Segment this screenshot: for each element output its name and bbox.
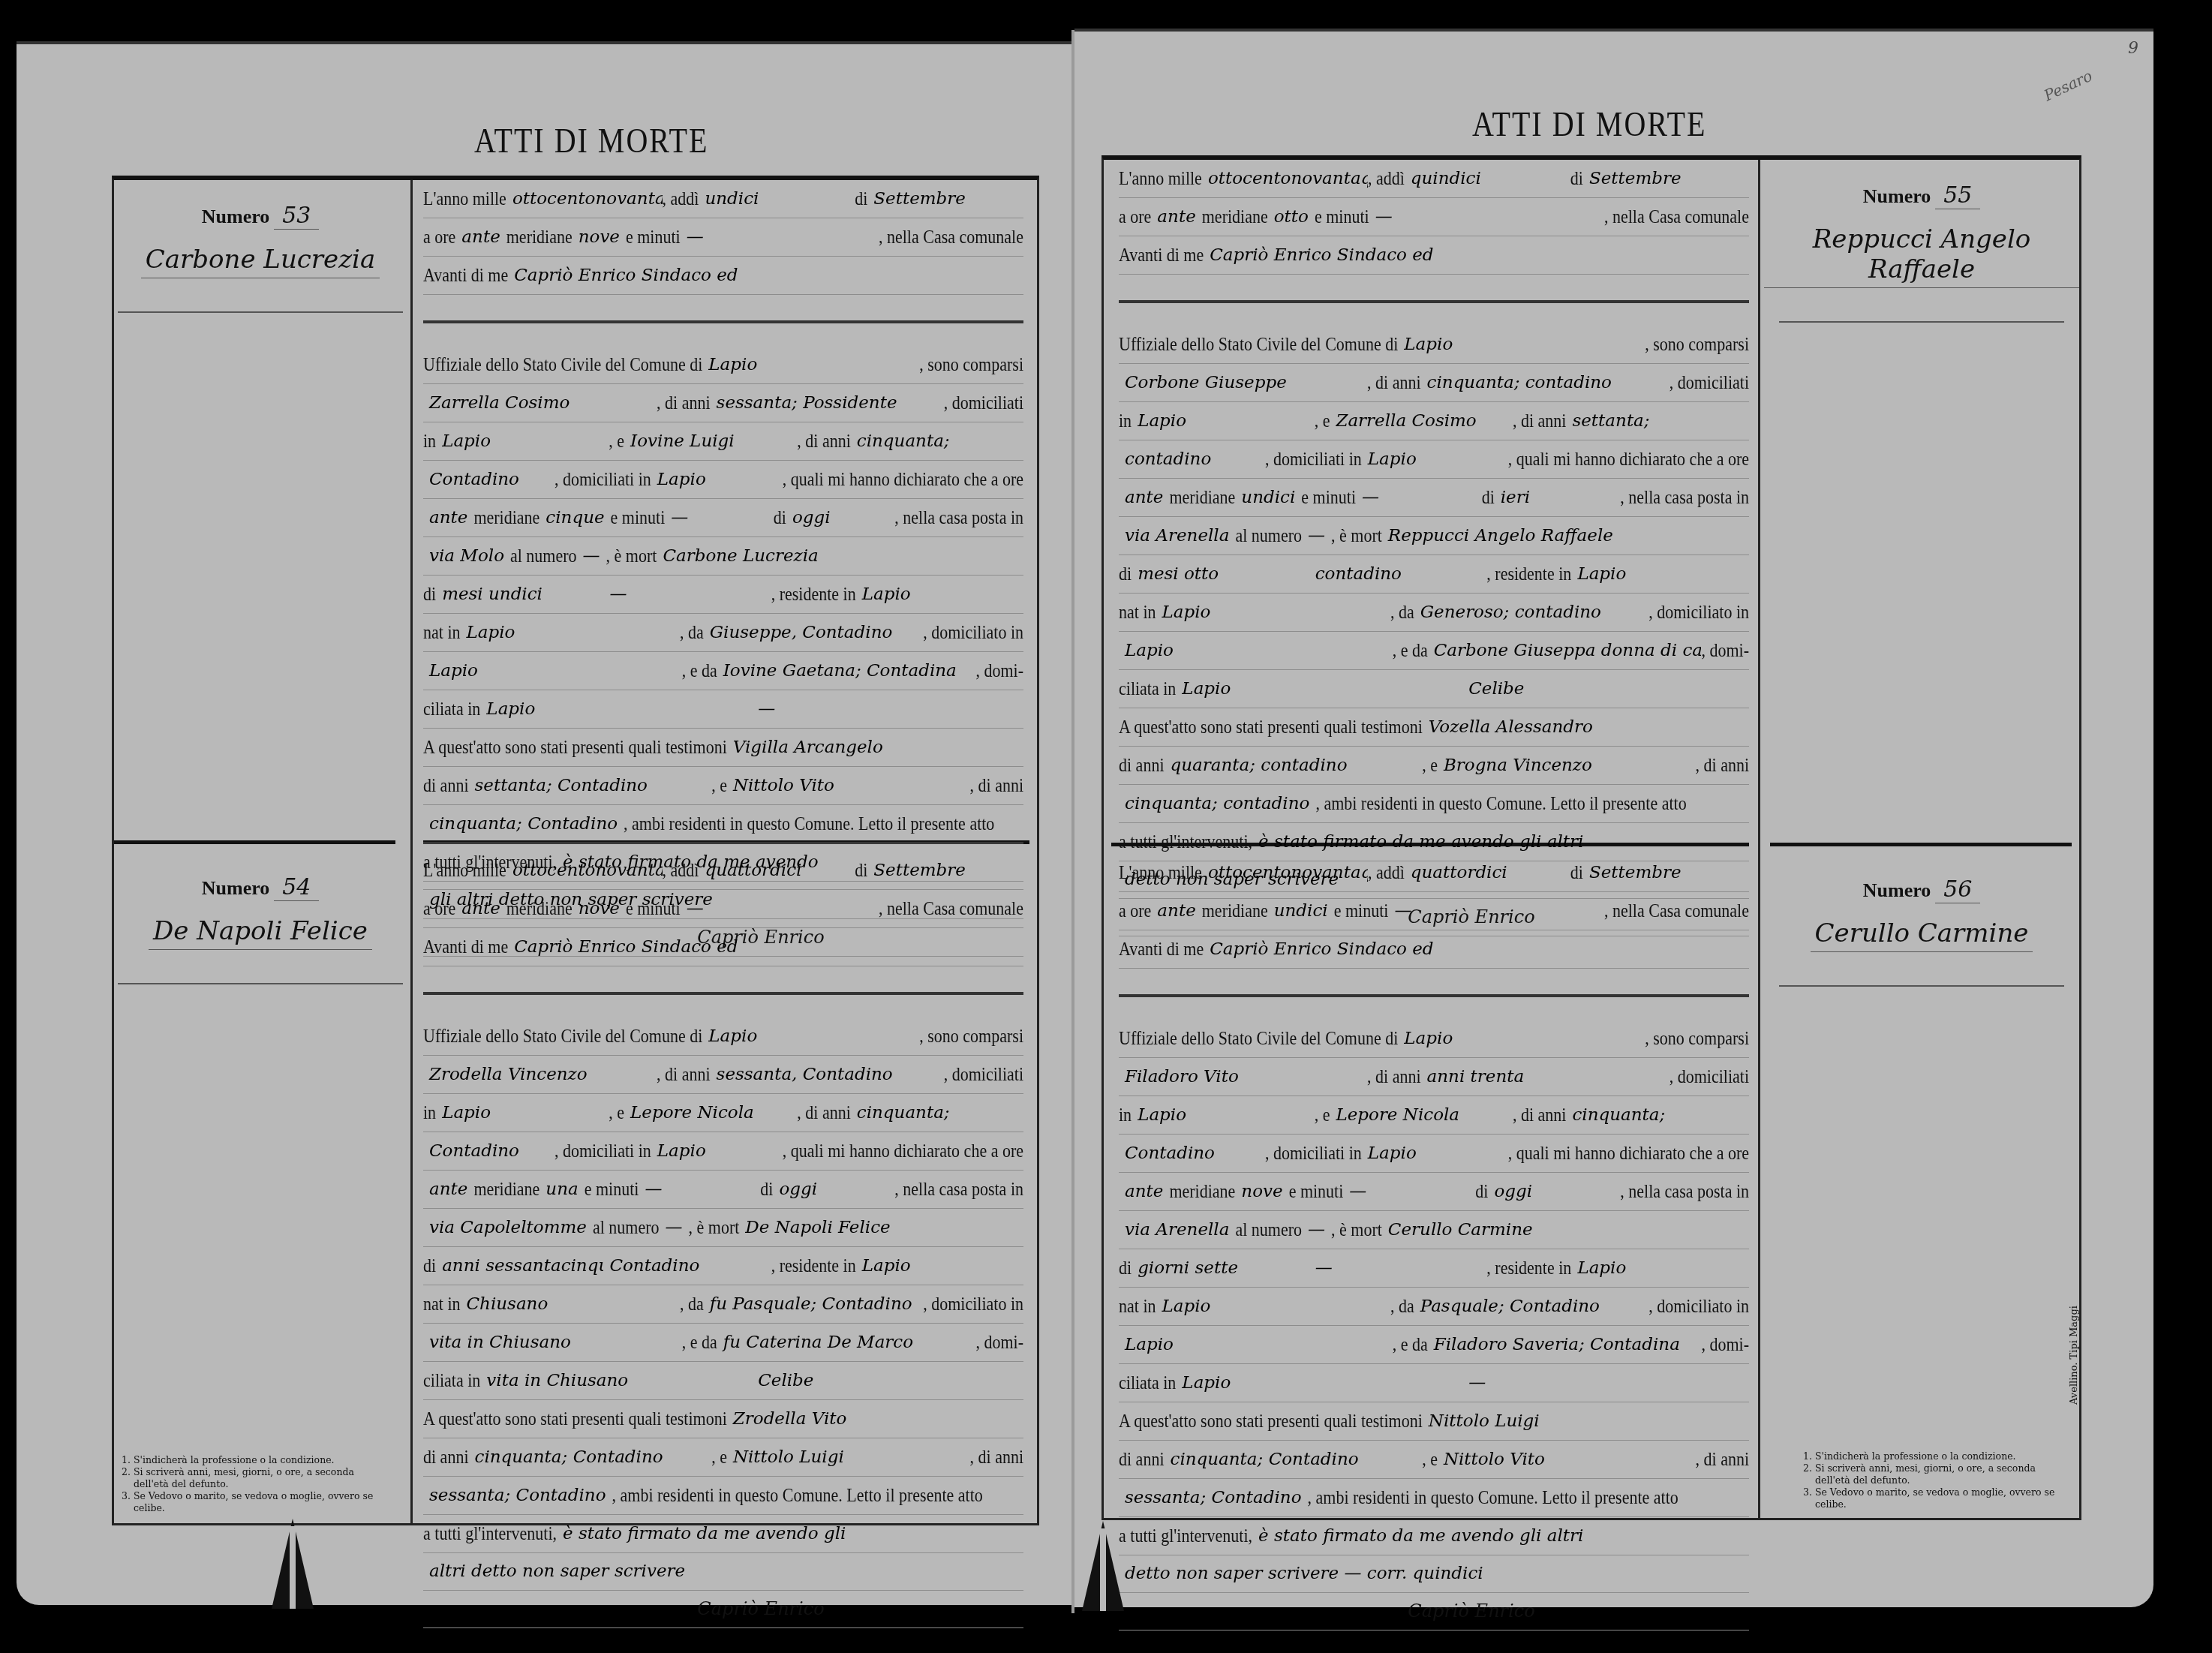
page-title-left: ATTI DI MORTE <box>474 120 708 161</box>
footnotes-left: 1. S'indicherà la professione o la condi… <box>122 1454 377 1514</box>
register-frame-right: L'anno milleottocentonovantaquattro, add… <box>1101 155 2081 1520</box>
year-field: ottocentonovantaquattro <box>506 181 663 218</box>
record-margin-53: Numero53 Carbone Lucrezia <box>114 203 407 313</box>
year-field: ottocentonovantaquattro <box>1202 855 1368 891</box>
page-title-right: ATTI DI MORTE <box>1472 104 1706 144</box>
deceased-name: Carbone Lucrezia <box>657 538 1023 575</box>
declarant-1: Filadoro Vito <box>1119 1059 1367 1095</box>
record-separator <box>114 840 395 844</box>
mother-field: Carbone Giuseppa donna di casa <box>1428 633 1702 669</box>
register-frame-left: Numero53 Carbone Lucrezia Numero54 De Na… <box>112 176 1039 1525</box>
folio-number: 9 <box>2128 39 2138 58</box>
divider <box>1779 321 2064 323</box>
signature: Capriò Enrico <box>1119 1593 1749 1630</box>
printer-imprint: Avellino. Tipi Maggi <box>2069 1306 2080 1405</box>
witness-2: Nittolo Luigi <box>727 1439 970 1476</box>
month-field: Settembre <box>867 181 1023 218</box>
officer-field: Capriò Enrico Sindaco ed <box>1204 931 1749 968</box>
year-field: ottocentonovantaquattro <box>1202 161 1368 197</box>
hour-field: otto <box>1268 199 1315 236</box>
record-separator <box>1770 843 2072 846</box>
month-field: Settembre <box>1583 161 1749 197</box>
day-field: quindici <box>1405 161 1570 197</box>
declarant-2: Lepore Nicola <box>624 1095 797 1132</box>
right-page: ATTI DI MORTE 9 Pesaro L'anno milleottoc… <box>1074 29 2153 1607</box>
numero-label: Numero <box>202 877 270 899</box>
officer-field: Capriò Enrico Sindaco ed <box>1204 237 1749 274</box>
hour-field: undici <box>1268 893 1334 930</box>
mother-field: fu Caterina De Marco <box>717 1324 976 1361</box>
deceased-name-margin: Carbone Lucrezia <box>141 245 380 278</box>
numero-label: Numero <box>1863 879 1931 901</box>
deceased-name-margin: De Napoli Felice <box>149 916 372 950</box>
deceased-name: De Napoli Felice <box>739 1210 1023 1246</box>
divider <box>118 983 403 984</box>
death-act-56: L'anno milleottocentonovantaquattro, add… <box>1119 854 1749 1630</box>
deceased-name: Cerullo Carmine <box>1382 1212 1749 1249</box>
father-field: fu Pasquale; Contadino <box>704 1286 923 1323</box>
deceased-name: Reppucci Angelo Raffaele <box>1382 518 1749 555</box>
declarant-2: Lepore Nicola <box>1330 1097 1513 1134</box>
year-field: ottocentonovantaquattro <box>506 852 663 889</box>
day-field: quattordici <box>699 852 855 889</box>
record-number: 53 <box>274 203 319 230</box>
day-field: quattordici <box>1405 855 1570 891</box>
witness-1: Zrodella Vito <box>727 1401 1023 1438</box>
folio-annotation: Pesaro <box>2041 67 2095 105</box>
footnotes-right: 1. S'indicherà la professione o la condi… <box>1803 1450 2073 1510</box>
witness-2: Brogna Vincenzo <box>1438 747 1696 784</box>
signature: Capriò Enrico <box>423 1591 1023 1628</box>
numero-label: Numero <box>202 206 270 227</box>
record-number: 56 <box>1935 876 1980 903</box>
day-field: undici <box>699 181 855 218</box>
hour-field: nove <box>573 891 626 927</box>
hour-field: nove <box>573 219 626 256</box>
left-page: ATTI DI MORTE Numero53 Carbone Lucrezia … <box>17 41 1071 1605</box>
month-field: Settembre <box>867 852 1023 889</box>
record-margin-56: Numero56 Cerullo Carmine <box>1764 876 2079 987</box>
father-field: Generoso; contadino <box>1414 594 1648 631</box>
mother-field: Iovine Gaetana; Contadina <box>717 653 976 690</box>
witness-2: Nittolo Vito <box>1438 1441 1696 1478</box>
comune-field: Lapio <box>702 347 919 383</box>
father-field: Pasquale; Contadino <box>1414 1288 1648 1325</box>
witness-2: Nittolo Vito <box>727 768 970 804</box>
record-margin-55: Numero55 Reppucci Angelo Raffaele <box>1764 182 2079 323</box>
declarant-1: Zrodella Vincenzo <box>423 1056 657 1093</box>
record-number: 54 <box>274 874 319 901</box>
deceased-name-margin: Cerullo Carmine <box>1811 918 2033 952</box>
comune-field: Lapio <box>1398 1020 1645 1057</box>
book-stand-clip <box>1082 1521 1124 1611</box>
deceased-name-margin: Reppucci Angelo Raffaele <box>1764 224 2079 288</box>
divider <box>118 311 403 313</box>
comune-field: Lapio <box>702 1018 919 1055</box>
declarant-2: Zarrella Cosimo <box>1330 403 1513 440</box>
declarant-1: Zarrella Cosimo <box>423 385 657 422</box>
record-margin-54: Numero54 De Napoli Felice <box>114 874 407 984</box>
declarant-1: Corbone Giuseppe <box>1119 365 1367 401</box>
death-act-54: L'anno milleottocentonovantaquattro, add… <box>423 852 1023 1628</box>
officer-field: Capriò Enrico Sindaco ed <box>508 257 1023 294</box>
month-field: Settembre <box>1583 855 1749 891</box>
divider <box>1779 985 2064 987</box>
mother-field: Filadoro Saveria; Contadina <box>1428 1327 1702 1363</box>
book-stand-clip <box>272 1519 314 1609</box>
death-act-53: L'anno milleottocentonovantaquattro, add… <box>423 180 1023 957</box>
witness-1: Nittolo Luigi <box>1423 1403 1749 1440</box>
officer-field: Capriò Enrico Sindaco ed <box>508 929 1023 966</box>
declarant-2: Iovine Luigi <box>624 423 797 460</box>
numero-label: Numero <box>1863 185 1931 207</box>
father-field: Giuseppe, Contadino <box>704 615 923 651</box>
column-separator <box>410 180 413 1523</box>
witness-1: Vozella Alessandro <box>1423 709 1749 746</box>
record-number: 55 <box>1935 182 1980 209</box>
comune-field: Lapio <box>1398 326 1645 363</box>
death-act-55: L'anno milleottocentonovantaquattro, add… <box>1119 160 1749 936</box>
column-separator <box>1758 160 1760 1518</box>
witness-1: Vigilla Arcangelo <box>727 729 1023 766</box>
